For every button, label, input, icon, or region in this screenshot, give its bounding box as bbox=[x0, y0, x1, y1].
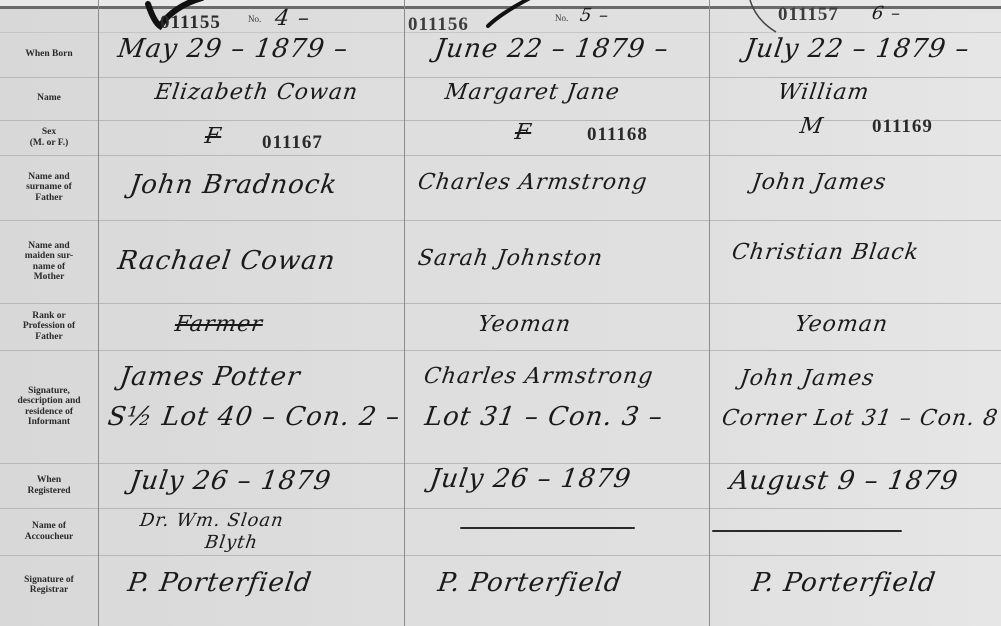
rule bbox=[0, 77, 1001, 78]
rule bbox=[0, 155, 1001, 156]
no-label: No. bbox=[248, 14, 261, 24]
sex: M bbox=[798, 114, 825, 139]
stamp-sex: 011167 bbox=[262, 132, 323, 154]
label-when-registered: When Registered bbox=[0, 463, 98, 508]
father-rank: Yeoman bbox=[793, 312, 890, 337]
father-name: John Bradnock bbox=[128, 170, 339, 200]
when-registered: July 26 – 1879 bbox=[428, 464, 633, 494]
registrar-signature: P. Porterfield bbox=[126, 568, 314, 598]
mother-name: Christian Black bbox=[730, 240, 920, 265]
rule bbox=[0, 508, 1001, 509]
informant-name: James Potter bbox=[118, 362, 303, 392]
accoucheur-blank-line bbox=[712, 530, 902, 532]
when-registered: August 9 – 1879 bbox=[728, 466, 960, 496]
entry-number: 4 – bbox=[273, 6, 312, 31]
accoucheur-town: Blyth bbox=[204, 532, 260, 553]
child-name: Elizabeth Cowan bbox=[153, 80, 360, 105]
when-born: June 22 – 1879 – bbox=[433, 34, 671, 64]
informant-residence: Corner Lot 31 – Con. 8 bbox=[720, 406, 1000, 431]
column-divider bbox=[98, 0, 99, 626]
label-mother: Name and maiden sur- name of Mother bbox=[0, 220, 98, 303]
father-rank: Farmer bbox=[173, 312, 264, 337]
child-name: Margaret Jane bbox=[443, 80, 621, 105]
registrar-signature: P. Porterfield bbox=[750, 568, 938, 598]
rule bbox=[0, 120, 1001, 121]
no-label: No. bbox=[555, 13, 568, 23]
rule bbox=[0, 350, 1001, 351]
label-name: Name bbox=[0, 77, 98, 120]
informant-name: John James bbox=[738, 366, 876, 391]
rule bbox=[0, 220, 1001, 221]
rule bbox=[0, 303, 1001, 304]
father-name: Charles Armstrong bbox=[416, 170, 649, 195]
stamp-sex: 011168 bbox=[587, 124, 648, 146]
label-informant: Signature, description and residence of … bbox=[0, 350, 98, 463]
column-divider bbox=[709, 0, 710, 626]
informant-name: Charles Armstrong bbox=[422, 364, 655, 389]
stamp-sex: 011169 bbox=[872, 116, 933, 138]
label-when-born: When Born bbox=[0, 32, 98, 77]
informant-residence: S½ Lot 40 – Con. 2 – bbox=[106, 402, 402, 432]
accoucheur-blank-line bbox=[460, 527, 635, 529]
check-mark-icon bbox=[470, 0, 540, 36]
entry-stamp-top: 011157 bbox=[778, 4, 839, 26]
when-born: July 22 – 1879 – bbox=[743, 34, 972, 64]
label-sex: Sex (M. or F.) bbox=[0, 120, 98, 155]
accoucheur-name: Dr. Wm. Sloan bbox=[139, 510, 286, 531]
register-page: When Born Name Sex (M. or F.) Name and s… bbox=[0, 0, 1001, 626]
mother-name: Sarah Johnston bbox=[416, 246, 604, 271]
entry-stamp-top: 011155 bbox=[160, 12, 221, 34]
label-father: Name and surname of Father bbox=[0, 155, 98, 220]
when-born: May 29 – 1879 – bbox=[116, 34, 350, 64]
entry-stamp-top: 011156 bbox=[408, 14, 469, 36]
father-name: John James bbox=[750, 170, 888, 195]
father-rank: Yeoman bbox=[476, 312, 573, 337]
rule bbox=[0, 555, 1001, 556]
registrar-signature: P. Porterfield bbox=[436, 568, 624, 598]
entry-number: 6 – bbox=[871, 3, 903, 24]
when-registered: July 26 – 1879 bbox=[128, 466, 333, 496]
sex: F bbox=[513, 120, 533, 145]
column-divider bbox=[404, 0, 405, 626]
label-registrar: Signature of Registrar bbox=[0, 555, 98, 615]
sex: F bbox=[203, 124, 223, 149]
mother-name: Rachael Cowan bbox=[116, 246, 338, 276]
informant-residence: Lot 31 – Con. 3 – bbox=[423, 402, 665, 432]
label-accoucheur: Name of Accoucheur bbox=[0, 508, 98, 555]
entry-number: 5 – bbox=[579, 5, 611, 26]
child-name: William bbox=[776, 80, 871, 105]
label-rank: Rank or Profession of Father bbox=[0, 303, 98, 350]
